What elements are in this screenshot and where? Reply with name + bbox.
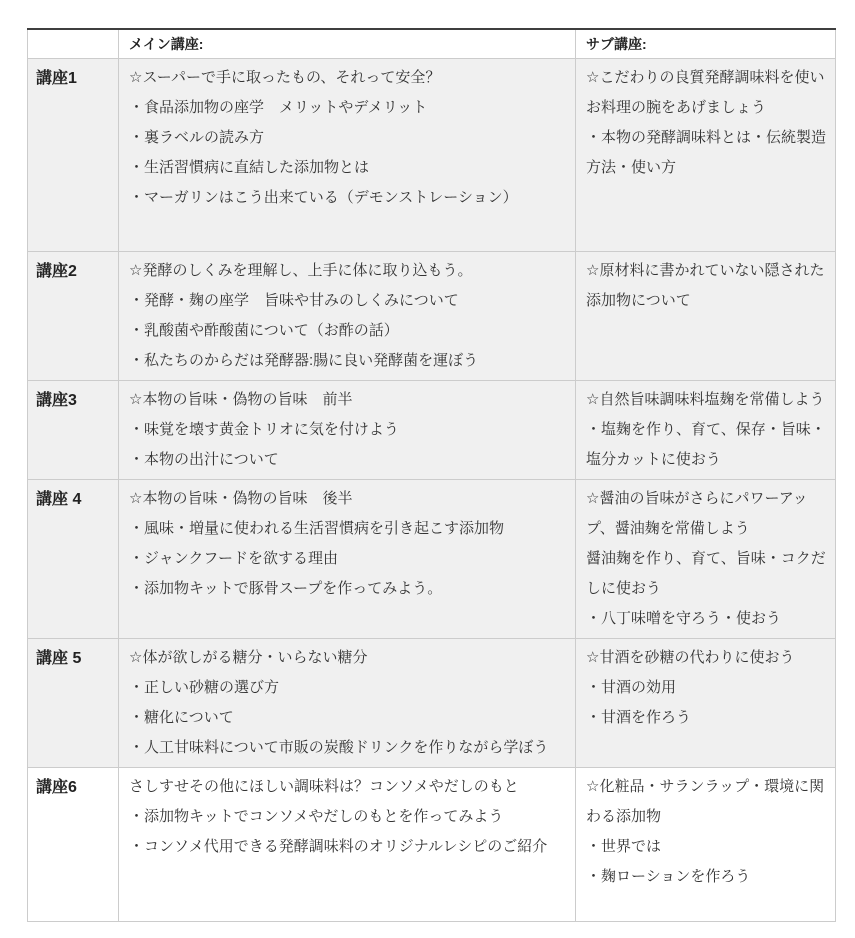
header-course-cell: [28, 29, 119, 58]
table-body: 講座1☆スーパーで手に取ったもの、それって安全？・食品添加物の座学 メリットやデ…: [28, 58, 836, 921]
course-item: ☆発酵のしくみを理解し、上手に体に取り込もう。: [129, 256, 567, 286]
course-label: 講座 4: [28, 479, 119, 638]
table-row: 講座2☆発酵のしくみを理解し、上手に体に取り込もう。・発酵・麹の座学 旨味や甘み…: [28, 251, 836, 380]
course-item: ☆こだわりの良質発酵調味料を使いお料理の腕をあげましょう: [586, 63, 827, 123]
table-row: 講座6さしすせその他にほしい調味料は？コンソメやだしのもと・添加物キットでコンソ…: [28, 767, 836, 921]
table-row: 講座 5☆体が欲しがる糖分・いらない糖分・正しい砂糖の選び方・糖化について・人工…: [28, 638, 836, 767]
course-item: ・世界では: [586, 832, 827, 862]
table-row: 講座3☆本物の旨味・偽物の旨味 前半・味覚を壊す黄金トリオに気を付けよう・本物の…: [28, 380, 836, 479]
course-item: ・人工甘味料について市販の炭酸ドリンクを作りながら学ぼう: [129, 733, 567, 763]
course-item: ☆スーパーで手に取ったもの、それって安全？: [129, 63, 567, 93]
course-item: ・風味・増量に使われる生活習慣病を引き起こす添加物: [129, 514, 567, 544]
main-course-cell: ☆スーパーで手に取ったもの、それって安全？・食品添加物の座学 メリットやデメリッ…: [119, 58, 576, 251]
course-item: ・マーガリンはこう出来ている（デモンストレーション）: [129, 183, 567, 213]
main-course-cell: さしすせその他にほしい調味料は？コンソメやだしのもと・添加物キットでコンソメやだ…: [119, 767, 576, 921]
main-course-cell: ☆発酵のしくみを理解し、上手に体に取り込もう。・発酵・麹の座学 旨味や甘みのしく…: [119, 251, 576, 380]
course-label: 講座 5: [28, 638, 119, 767]
course-item: ・糖化について: [129, 703, 567, 733]
main-course-cell: ☆体が欲しがる糖分・いらない糖分・正しい砂糖の選び方・糖化について・人工甘味料に…: [119, 638, 576, 767]
course-item: ☆甘酒を砂糖の代わりに使おう: [586, 643, 827, 673]
table-row: 講座1☆スーパーで手に取ったもの、それって安全？・食品添加物の座学 メリットやデ…: [28, 58, 836, 251]
course-item: ・正しい砂糖の選び方: [129, 673, 567, 703]
course-item: ・食品添加物の座学 メリットやデメリット: [129, 93, 567, 123]
course-item: ・ジャンクフードを欲する理由: [129, 544, 567, 574]
course-item: ☆醤油の旨味がさらにパワーアップ、醤油麹を常備しよう: [586, 484, 827, 544]
course-item: ・生活習慣病に直結した添加物とは: [129, 153, 567, 183]
course-item: ・本物の発酵調味料とは・伝統製造方法・使い方: [586, 123, 827, 183]
course-item: ・乳酸菌や酢酸菌について（お酢の話）: [129, 316, 567, 346]
course-item: ☆自然旨味調味料塩麹を常備しよう: [586, 385, 827, 415]
course-label: 講座6: [28, 767, 119, 921]
course-item: ☆原材料に書かれていない隠された添加物について: [586, 256, 827, 316]
sub-course-cell: ☆化粧品・サランラップ・環境に関わる添加物・世界では・麹ローションを作ろう: [576, 767, 836, 921]
course-item: ・塩麹を作り、育て、保存・旨味・塩分カットに使おう: [586, 415, 827, 475]
page: メイン講座: サブ講座: 講座1☆スーパーで手に取ったもの、それって安全？・食品…: [0, 0, 855, 938]
course-label: 講座2: [28, 251, 119, 380]
header-row: メイン講座: サブ講座:: [28, 29, 836, 58]
main-course-cell: ☆本物の旨味・偽物の旨味 前半・味覚を壊す黄金トリオに気を付けよう・本物の出汁に…: [119, 380, 576, 479]
course-label: 講座1: [28, 58, 119, 251]
header-sub-course-cell: サブ講座:: [576, 29, 836, 58]
course-item: ☆体が欲しがる糖分・いらない糖分: [129, 643, 567, 673]
course-item: 醤油麹を作り、育て、旨味・コクだしに使おう: [586, 544, 827, 604]
course-item: ・添加物キットでコンソメやだしのもとを作ってみよう: [129, 802, 567, 832]
course-item: ・八丁味噌を守ろう・使おう: [586, 604, 827, 634]
sub-course-cell: ☆甘酒を砂糖の代わりに使おう・甘酒の効用・甘酒を作ろう: [576, 638, 836, 767]
course-item: ・麹ローションを作ろう: [586, 862, 827, 892]
course-item: ・味覚を壊す黄金トリオに気を付けよう: [129, 415, 567, 445]
course-item: ・甘酒の効用: [586, 673, 827, 703]
course-item: ・甘酒を作ろう: [586, 703, 827, 733]
course-item: ・コンソメ代用できる発酵調味料のオリジナルレシピのご紹介: [129, 832, 567, 862]
course-item: ☆本物の旨味・偽物の旨味 前半: [129, 385, 567, 415]
table-row: 講座 4☆本物の旨味・偽物の旨味 後半・風味・増量に使われる生活習慣病を引き起こ…: [28, 479, 836, 638]
course-schedule-table: メイン講座: サブ講座: 講座1☆スーパーで手に取ったもの、それって安全？・食品…: [27, 28, 836, 922]
course-item: ☆本物の旨味・偽物の旨味 後半: [129, 484, 567, 514]
sub-course-cell: ☆自然旨味調味料塩麹を常備しよう・塩麹を作り、育て、保存・旨味・塩分カットに使お…: [576, 380, 836, 479]
sub-course-cell: ☆こだわりの良質発酵調味料を使いお料理の腕をあげましょう・本物の発酵調味料とは・…: [576, 58, 836, 251]
course-label: 講座3: [28, 380, 119, 479]
course-item: ・発酵・麹の座学 旨味や甘みのしくみについて: [129, 286, 567, 316]
header-main-course-cell: メイン講座:: [119, 29, 576, 58]
course-item: ・添加物キットで豚骨スープを作ってみよう。: [129, 574, 567, 604]
sub-course-cell: ☆醤油の旨味がさらにパワーアップ、醤油麹を常備しよう醤油麹を作り、育て、旨味・コ…: [576, 479, 836, 638]
sub-course-cell: ☆原材料に書かれていない隠された添加物について: [576, 251, 836, 380]
course-item: ・本物の出汁について: [129, 445, 567, 475]
course-item: さしすせその他にほしい調味料は？コンソメやだしのもと: [129, 772, 567, 802]
course-item: ・私たちのからだは発酵器:腸に良い発酵菌を運ぼう: [129, 346, 567, 376]
main-course-cell: ☆本物の旨味・偽物の旨味 後半・風味・増量に使われる生活習慣病を引き起こす添加物…: [119, 479, 576, 638]
course-item: ☆化粧品・サランラップ・環境に関わる添加物: [586, 772, 827, 832]
course-item: ・裏ラベルの読み方: [129, 123, 567, 153]
